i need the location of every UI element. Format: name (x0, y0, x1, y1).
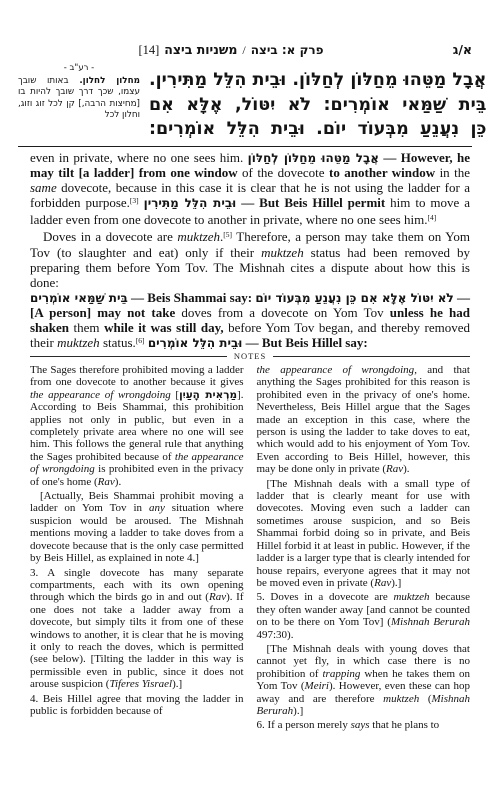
page-header: [14] משניות ביצה / פרק א: ביצה א/ג (30, 42, 472, 60)
notes-divider: NOTES (30, 351, 470, 361)
mishnah-reference: א/ג (453, 42, 472, 57)
notes-divider-rule-left (30, 356, 227, 357)
note-paragraph: [Actually, Beis Shammai prohibit moving … (30, 490, 244, 564)
notes-right-column: the appearance of wrongdoing, and that a… (257, 364, 471, 734)
section-divider-rule (18, 146, 472, 147)
note-paragraph: 6. If a person merely says that he plans… (257, 719, 471, 731)
mishnah-line: כֵּן נִעֲנֵעַ מִבְּעוֹד יוֹם. וּבֵית הִל… (149, 117, 486, 142)
hebrew-section: - רע"ב - מחלון לחלון. באותו שובך עצמו, ש… (18, 62, 470, 142)
note-paragraph: The Sages therefore prohibited moving a … (30, 364, 244, 488)
translation-section: even in private, where no one sees him. … (30, 151, 470, 353)
translation-paragraph: even in private, where no one sees him. … (30, 151, 470, 230)
page-number: [14] (138, 43, 159, 58)
book-title: משניות ביצה (164, 42, 237, 57)
notes-label: NOTES (234, 351, 266, 361)
translation-paragraph: Doves in a dovecote are muktzeh.[5] Ther… (30, 230, 470, 292)
notes-left-column: The Sages therefore prohibited moving a … (30, 364, 244, 734)
header-title-group: [14] משניות ביצה / פרק א: ביצה (30, 42, 432, 58)
mishnah-line: בֵּית שַׁמַּאי אוֹמְרִים: לֹא יִטּוֹל, א… (149, 93, 486, 118)
note-paragraph: the appearance of wrongdoing, and that a… (257, 364, 471, 476)
translation-paragraph: בֵּית שַׁמַּאי אוֹמְרִים — Beis Shammai … (30, 291, 470, 353)
mishnah-line: אֲבָל מַטֵּהוּ מֵחַלּוֹן לְחַלּוֹן. וּבֵ… (149, 68, 486, 93)
book-page: [14] משניות ביצה / פרק א: ביצה א/ג - רע"… (0, 0, 500, 799)
chapter-title: פרק א: ביצה (251, 43, 324, 57)
note-paragraph: 5. Doves in a dovecote are muktzeh becau… (257, 591, 471, 641)
title-separator: / (242, 43, 245, 58)
note-paragraph: [The Mishnah deals with a small type of … (257, 478, 471, 590)
note-paragraph: 3. A single dovecote has many separate c… (30, 567, 244, 691)
rav-commentary-header: - רע"ב - (18, 63, 140, 73)
rav-commentary-text: מחלון לחלון. באותו שובך עצמו, שכך דרך שו… (18, 76, 140, 121)
note-paragraph: 4. Beis Hillel agree that moving the lad… (30, 693, 244, 718)
notes-section: The Sages therefore prohibited moving a … (30, 364, 470, 734)
rav-commentary-column: - רע"ב - מחלון לחלון. באותו שובך עצמו, ש… (18, 62, 140, 142)
mishnah-text: אֲבָל מַטֵּהוּ מֵחַלּוֹן לְחַלּוֹן. וּבֵ… (149, 68, 486, 142)
notes-divider-rule-right (273, 356, 470, 357)
note-paragraph: [The Mishnah deals with young doves that… (257, 643, 471, 717)
